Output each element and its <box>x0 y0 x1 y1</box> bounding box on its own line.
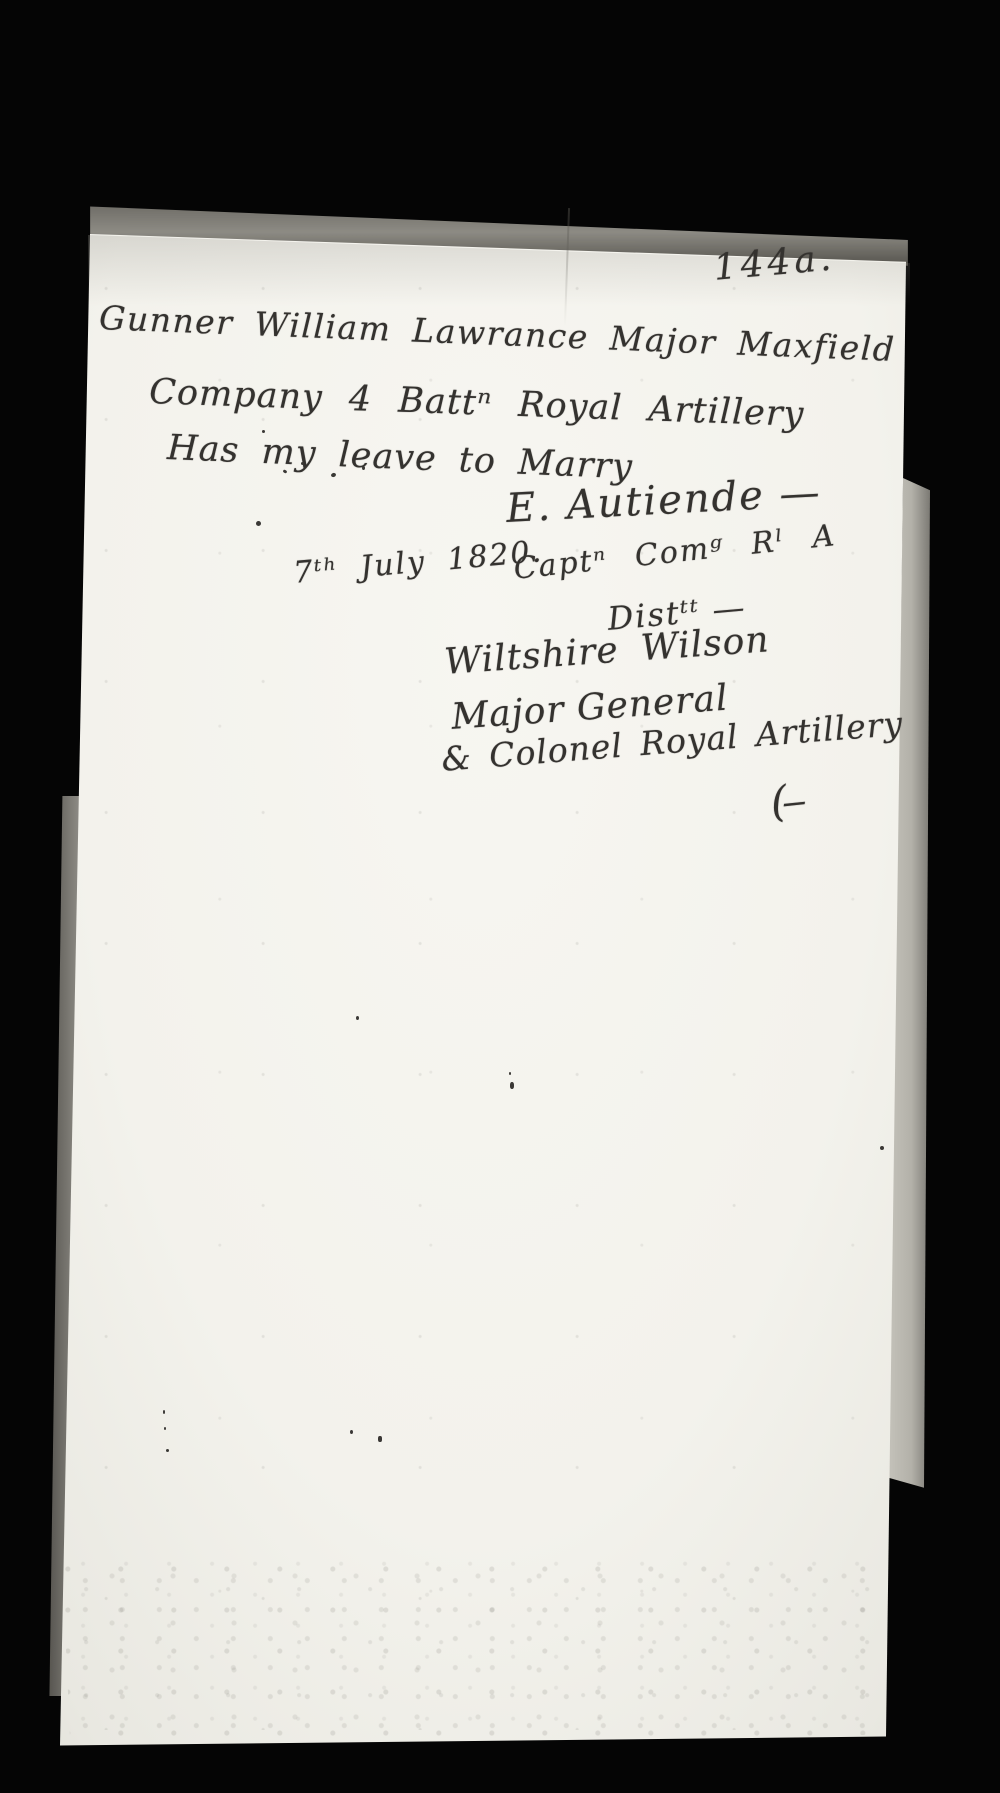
ink-speck <box>262 430 265 433</box>
ink-speck <box>350 1430 353 1434</box>
ink-speck <box>356 1016 359 1020</box>
ink-speck <box>163 1410 165 1414</box>
ink-speck <box>301 462 304 465</box>
ink-speck <box>880 1146 884 1150</box>
ink-speck <box>378 1436 382 1442</box>
ink-speck <box>166 1449 169 1452</box>
signature-flourish: (⎯ <box>768 775 798 827</box>
ink-speck <box>362 466 365 470</box>
ink-speck <box>510 1082 514 1089</box>
scan-background: 144a. Gunner William Lawrance Major Maxf… <box>0 0 1000 1793</box>
paper-bottom-mottle <box>62 1560 890 1746</box>
ink-speck <box>509 1072 511 1075</box>
ink-speck <box>256 521 261 526</box>
ink-speck <box>164 1427 166 1430</box>
